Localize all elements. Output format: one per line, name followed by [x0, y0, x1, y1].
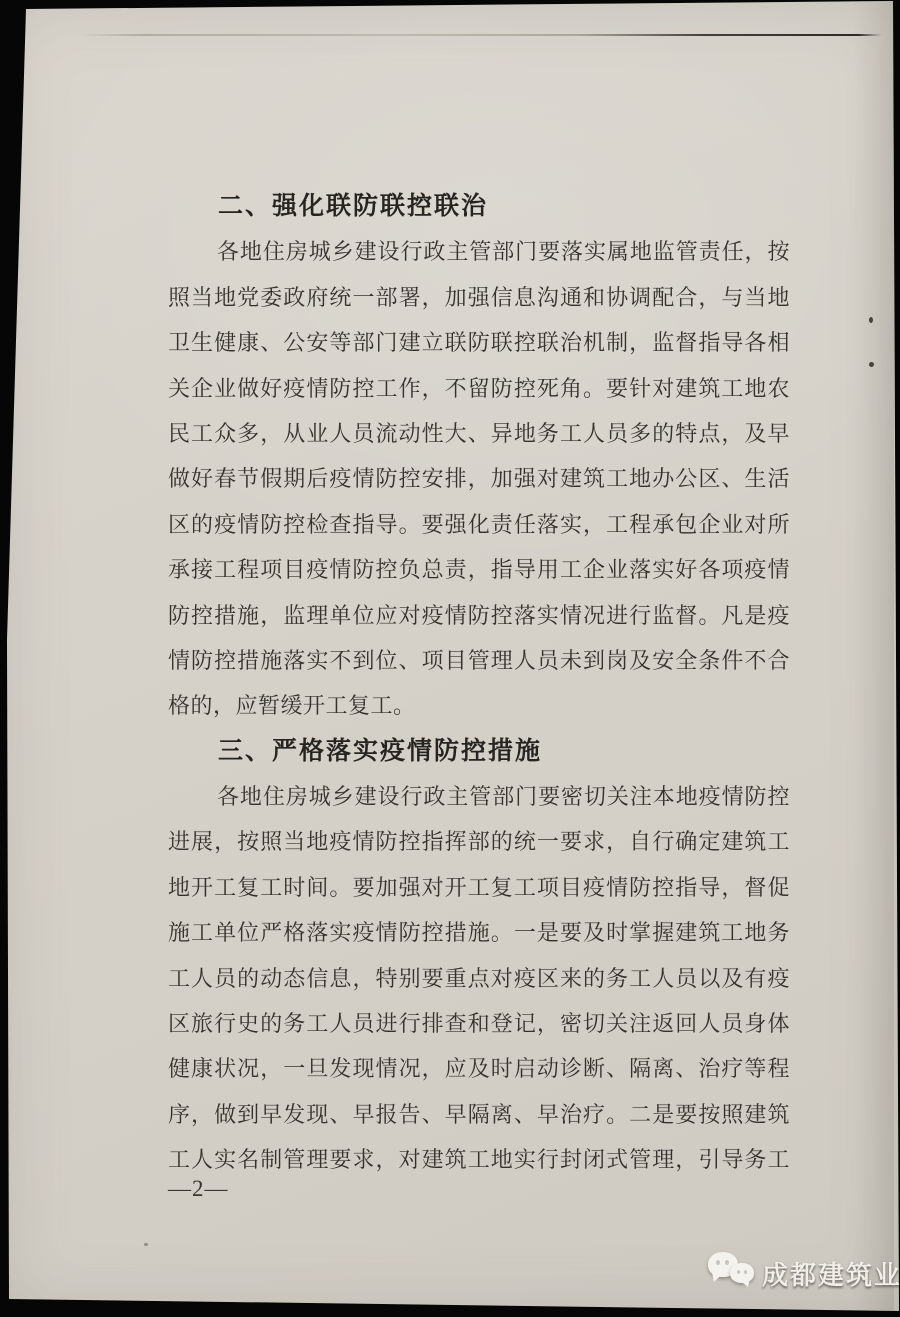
text-line: 健康状况，一旦发现情况，应及时启动诊断、隔离、治疗等程	[168, 1046, 790, 1091]
text-line: 区的疫情防控检查指导。要强化责任落实，工程承包企业对所	[168, 502, 790, 547]
ink-speck	[869, 317, 873, 323]
text-line: 民工众多，从业人员流动性大、异地务工人员多的特点，及早	[168, 411, 790, 456]
page-edge-line	[78, 34, 882, 36]
watermark-label: 成都建筑业	[762, 1255, 900, 1292]
text-line: 做好春节假期后疫情防控安排，加强对建筑工地办公区、生活	[168, 456, 790, 501]
text-line: 格的，应暂缓开工复工。	[168, 683, 790, 728]
text-line: 照当地党委政府统一部署，加强信息沟通和协调配合，与当地	[168, 275, 790, 320]
text-line: 各地住房城乡建设行政主管部门要落实属地监管责任，按	[168, 229, 790, 274]
text-line: 防控措施，监理单位应对疫情防控落实情况进行监督。凡是疫	[168, 593, 790, 638]
text-line: 地开工复工时间。要加强对开工复工项目疫情防控指导，督促	[168, 865, 790, 910]
text-line: 施工单位严格落实疫情防控措施。一是要及时掌握建筑工地务	[168, 910, 790, 955]
photo-of-document: 二、强化联防联控联治 各地住房城乡建设行政主管部门要落实属地监管责任，按 照当地…	[0, 0, 900, 1317]
ink-speck	[144, 1243, 148, 1246]
ink-speck	[869, 362, 874, 367]
text-line: 卫生健康、公安等部门建立联防联控联治机制，监督指导各相	[168, 320, 790, 365]
section-heading: 二、强化联防联控联治	[168, 184, 790, 229]
wechat-icon	[706, 1252, 756, 1290]
text-line: 关企业做好疫情防控工作，不留防控死角。要针对建筑工地农	[168, 366, 790, 411]
text-line: 序，做到早发现、早报告、早隔离、早治疗。二是要按照建筑	[168, 1092, 790, 1137]
text-line: 工人实名制管理要求，对建筑工地实行封闭式管理，引导务工	[168, 1137, 790, 1182]
paper-fold-shadow	[852, 0, 894, 1317]
text-line: 各地住房城乡建设行政主管部门要密切关注本地疫情防控	[168, 774, 790, 819]
wechat-watermark: 成都建筑业	[706, 1250, 890, 1292]
text-line: 承接工程项目疫情防控负总责，指导用工企业落实好各项疫情	[168, 547, 790, 592]
text-line: 区旅行史的务工人员进行排查和登记，密切关注返回人员身体	[168, 1001, 790, 1046]
section-heading: 三、严格落实疫情防控措施	[168, 729, 790, 774]
text-line: 工人员的动态信息，特别要重点对疫区来的务工人员以及有疫	[168, 956, 790, 1001]
text-line: 进展，按照当地疫情防控指挥部的统一要求，自行确定建筑工	[168, 819, 790, 864]
document-page: 二、强化联防联控联治 各地住房城乡建设行政主管部门要落实属地监管责任，按 照当地…	[0, 0, 900, 1317]
document-text: 二、强化联防联控联治 各地住房城乡建设行政主管部门要落实属地监管责任，按 照当地…	[168, 184, 790, 1183]
page-number: —2—	[168, 1176, 229, 1202]
text-line: 情防控措施落实不到位、项目管理人员未到岗及安全条件不合	[168, 638, 790, 683]
